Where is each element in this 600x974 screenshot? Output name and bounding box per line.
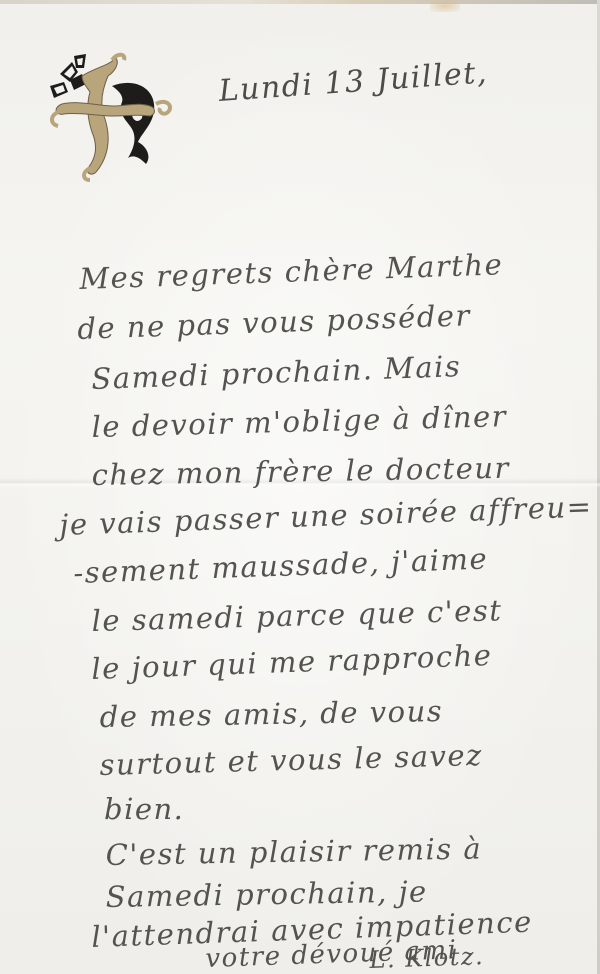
letter-date: Lundi 13 Juillet, (218, 55, 489, 109)
body-line: C'est un plaisir remis à (105, 831, 482, 872)
body-line: je vais passer une soirée affreu= (59, 489, 593, 542)
body-line: le jour qui me rapproche (91, 638, 493, 686)
letter-page: Lundi 13 Juillet, Mes regrets chère Mart… (0, 0, 600, 974)
body-line: de mes amis, de vous (99, 694, 443, 734)
body-line: chez mon frère le docteur (91, 451, 510, 492)
monogram-icon (42, 46, 182, 186)
letter-signature: L. Klotz. (369, 942, 485, 974)
body-line: le devoir m'oblige à dîner (91, 399, 507, 444)
body-line: bien. (104, 792, 184, 826)
body-line: Mes regrets chère Marthe (79, 247, 504, 296)
body-line: de ne pas vous posséder (77, 298, 472, 346)
paper-top-edge (0, 0, 600, 4)
body-line: Samedi prochain, je (105, 874, 428, 914)
body-line: -sement maussade, j'aime (73, 542, 489, 590)
paper-stain (430, 0, 460, 12)
body-line: Samedi prochain. Mais (91, 349, 462, 396)
body-line: le samedi parce que c'est (91, 593, 503, 638)
body-line: surtout et vous le savez (99, 738, 483, 782)
